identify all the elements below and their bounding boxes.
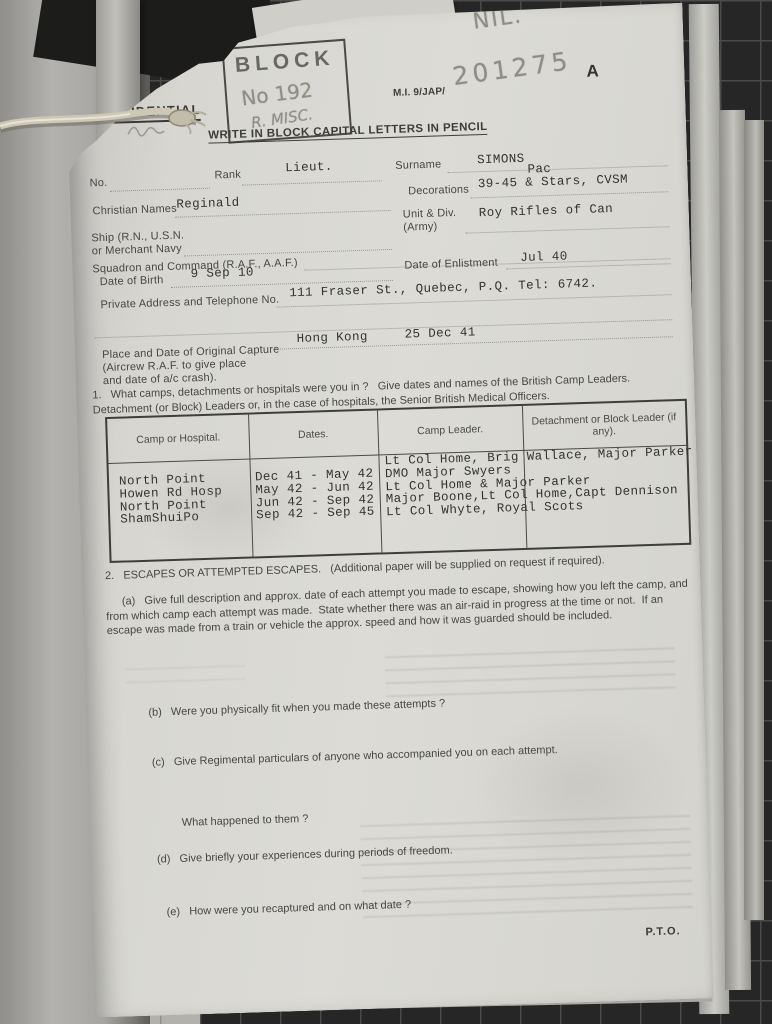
ink-bleed-through: [125, 661, 246, 695]
unit-label-line2: (Army): [403, 221, 438, 234]
christian-names-label: Christian Names: [92, 203, 177, 218]
string-knot: [169, 110, 195, 126]
binding-string: [0, 86, 230, 166]
unit-label-line1: Unit & Div.: [403, 207, 457, 221]
date-of-birth-label: Date of Birth: [100, 274, 164, 288]
rule: [175, 210, 391, 218]
stamp-block-word: BLOCK: [224, 46, 345, 79]
rank-label: Rank: [214, 169, 241, 182]
rule: [95, 319, 673, 338]
page-edges-right: [744, 120, 764, 920]
surname-value: SIMONS: [477, 152, 525, 167]
nil-annotation: NIL.: [471, 3, 524, 35]
pto-marking: P.T.O.: [645, 925, 681, 938]
question-2a-text: (a) Give full description and approx. da…: [106, 577, 695, 639]
date-of-enlistment-value: Jul 40: [520, 249, 568, 264]
mi-reference-label: M.I. 9/JAP/: [393, 86, 446, 99]
no-label: No.: [90, 177, 108, 190]
rule: [184, 249, 392, 257]
capture-place-value: Hong Kong: [296, 330, 368, 346]
rule: [110, 188, 210, 192]
ship-label-line2: or Merchant Navy: [92, 243, 182, 258]
date-of-enlistment-label: Date of Enlistment: [404, 257, 498, 272]
mi-reference-number-pencil: 201275: [451, 46, 573, 91]
mi-reference-suffix: A: [586, 61, 599, 81]
address-value: 111 Fraser St., Quebec, P.Q. Tel: 6742.: [289, 277, 597, 301]
rule: [470, 191, 668, 198]
table-leader-column-entries: Lt Col Home, Brig Wallace, Major Parker …: [384, 446, 694, 520]
photographed-archive-page: { "palette": { "paper": "#d9d8d3", "ink"…: [0, 0, 772, 1024]
date-of-birth-value: 9 Sep 10: [190, 265, 254, 281]
capture-date-value: 25 Dec 41: [404, 325, 476, 341]
unit-value: Roy Rifles of Can: [479, 202, 614, 220]
decorations-label: Decorations: [408, 184, 469, 198]
address-label: Private Address and Telephone No.: [100, 294, 279, 312]
decorations-value: 39-45 & Stars, CVSM: [478, 173, 628, 192]
surname-label: Surname: [395, 158, 441, 171]
table-header-detachment: Detachment or Block Leader (if any).: [522, 401, 686, 450]
rule: [242, 180, 382, 185]
christian-names-value: Reginald: [176, 196, 240, 212]
rank-value: Lieut.: [285, 160, 333, 175]
ink-bleed-through: [385, 643, 676, 698]
table-header-leader: Camp Leader.: [377, 406, 523, 455]
rule: [465, 226, 669, 233]
